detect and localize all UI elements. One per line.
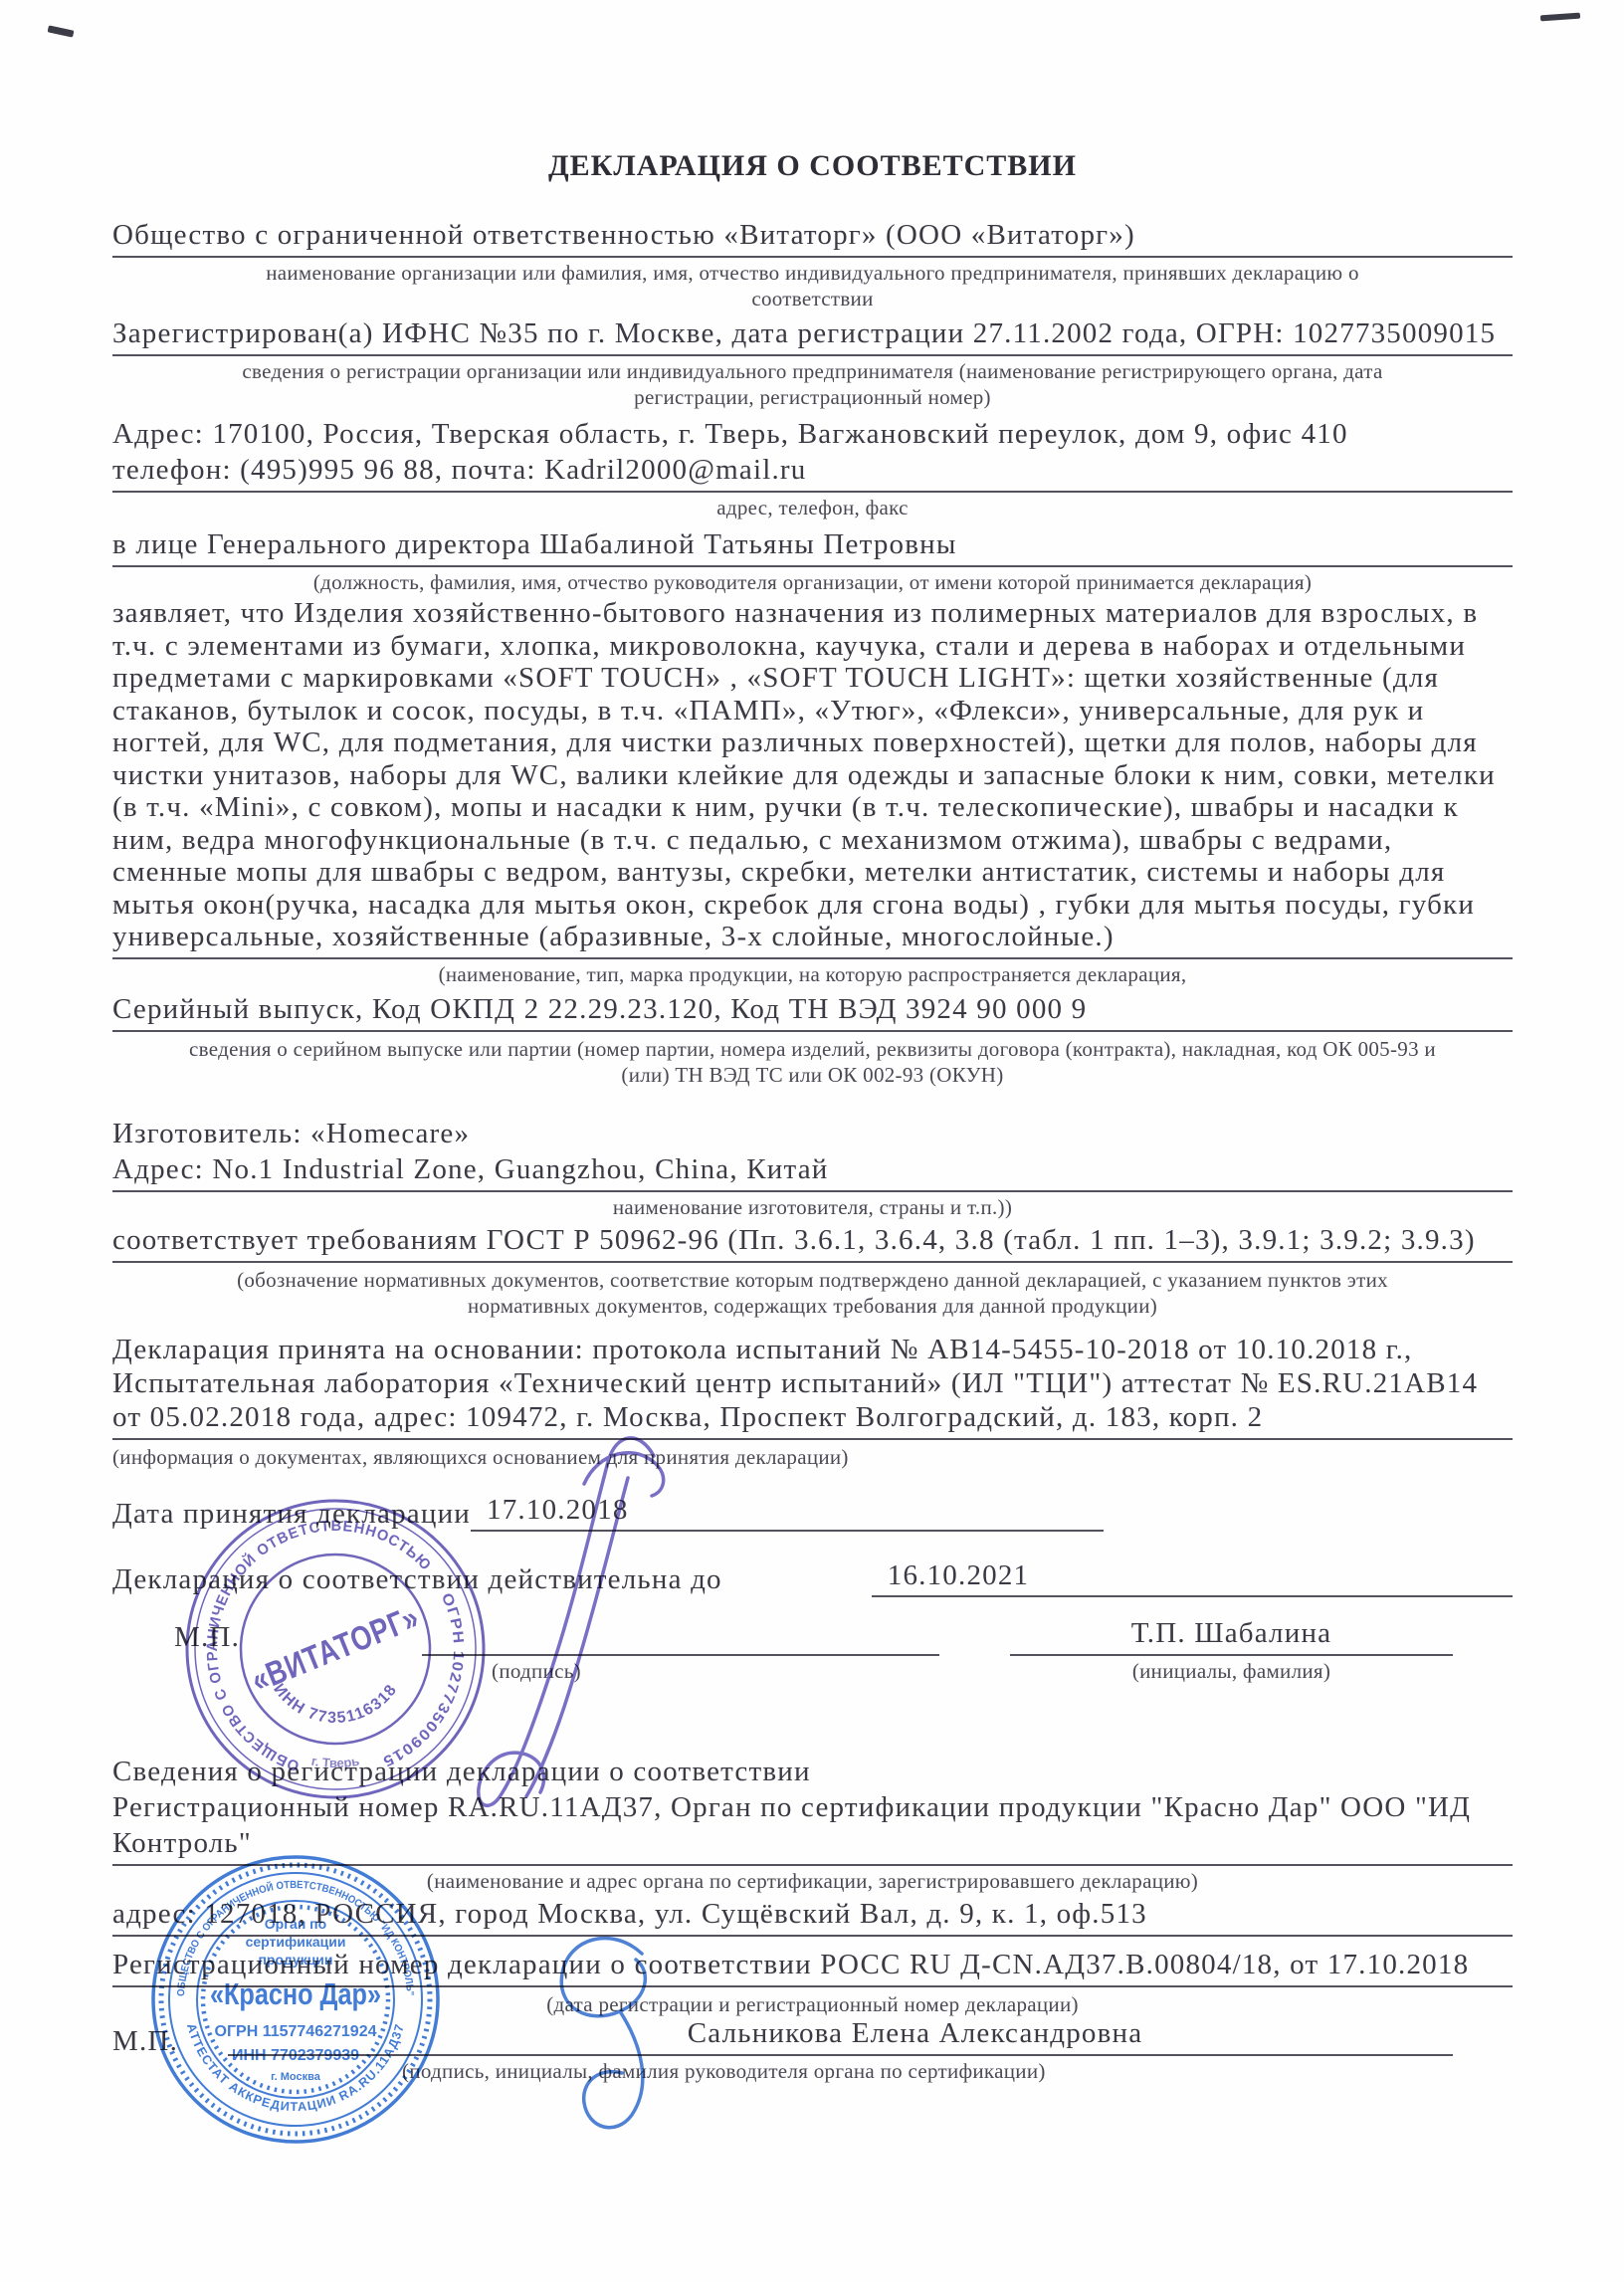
declarant-registration-line: Зарегистрирован(а) ИФНС №35 по г. Москве… — [112, 315, 1513, 356]
signature-shabalina — [403, 1418, 672, 1826]
declarant-name-line: Общество с ограниченной ответственностью… — [112, 217, 1513, 258]
stamp-krasnodar-city: г. Москва — [271, 2071, 321, 2083]
name-field: Т.П. Шабалина (инициалы, фамилия) — [1010, 1617, 1453, 1684]
stamp-krasnodar-line3: продукции — [258, 1952, 332, 1968]
representative-line: в лице Генерального директора Шабалиной … — [112, 526, 1513, 567]
scan-artifact — [48, 25, 75, 37]
manufacturer-address-line: Адрес: No.1 Industrial Zone, Guangzhou, … — [112, 1151, 1513, 1192]
standard-caption: (обозначение нормативных документов, соо… — [191, 1267, 1435, 1319]
declarant-address-caption: адрес, телефон, факс — [112, 495, 1513, 520]
manufacturer-caption: наименование изготовителя, страны и т.п.… — [112, 1194, 1513, 1220]
declarant-address-line2: телефон: (495)995 96 88, почта: Kadril20… — [112, 452, 1513, 493]
stamp-krasnodar-ogrn: ОГРН 1157746271924 — [215, 2023, 377, 2040]
page-title: ДЕКЛАРАЦИЯ О СООТВЕТСТВИИ — [112, 149, 1513, 183]
svg-text:г. Тверь: г. Тверь — [310, 1754, 361, 1770]
stamp-krasnodar-line1: Орган по — [265, 1916, 326, 1932]
product-caption: (наименование, тип, марка продукции, на … — [112, 961, 1513, 987]
manufacturer-name-line: Изготовитель: «Homecare» — [112, 1116, 1513, 1151]
product-declaration-text: заявляет, что Изделия хозяйственно-бытов… — [112, 597, 1513, 959]
declarant-address-line1: Адрес: 170100, Россия, Тверская область,… — [112, 416, 1513, 452]
declarant-registration-caption: сведения о регистрации организации или и… — [201, 358, 1425, 410]
stamp-krasnodar-name: «Красно Дар» — [210, 1976, 381, 2011]
declarant-head-name: Т.П. Шабалина — [1010, 1617, 1453, 1656]
name-caption: (инициалы, фамилия) — [1010, 1658, 1453, 1684]
representative-caption: (должность, фамилия, имя, отчество руков… — [112, 569, 1513, 595]
stamp-vitatorg-city: г. Тверь — [310, 1754, 361, 1770]
serial-line: Серийный выпуск, Код ОКПД 2 22.29.23.120… — [112, 991, 1513, 1032]
serial-caption: сведения о серийном выпуске или партии (… — [186, 1036, 1440, 1088]
declarant-name-caption: наименование организации или фамилия, им… — [226, 260, 1400, 311]
standard-line: соответствует требованиям ГОСТ Р 50962-9… — [112, 1222, 1513, 1263]
signature-salnikova — [493, 1916, 721, 2150]
scan-artifact — [1540, 13, 1580, 22]
declaration-document: ДЕКЛАРАЦИЯ О СООТВЕТСТВИИ Общество с огр… — [0, 0, 1624, 2282]
valid-until-value: 16.10.2021 — [872, 1557, 1513, 1597]
basis-caption: (информация о документах, являющихся осн… — [112, 1444, 1513, 1470]
stamp-krasnodar-line2: сертификации — [246, 1934, 346, 1950]
stamp-vitatorg-center: «ВИТАТОРГ» — [246, 1598, 424, 1700]
basis-text: Декларация принята на основании: протоко… — [112, 1333, 1513, 1440]
stamp-krasnodar-inn: ИНН 7702379939 — [232, 2047, 359, 2064]
stamp-krasnodar: ОБЩЕСТВО С ОГРАНИЧЕННОЙ ОТВЕТСТВЕННОСТЬЮ… — [149, 1853, 443, 2147]
